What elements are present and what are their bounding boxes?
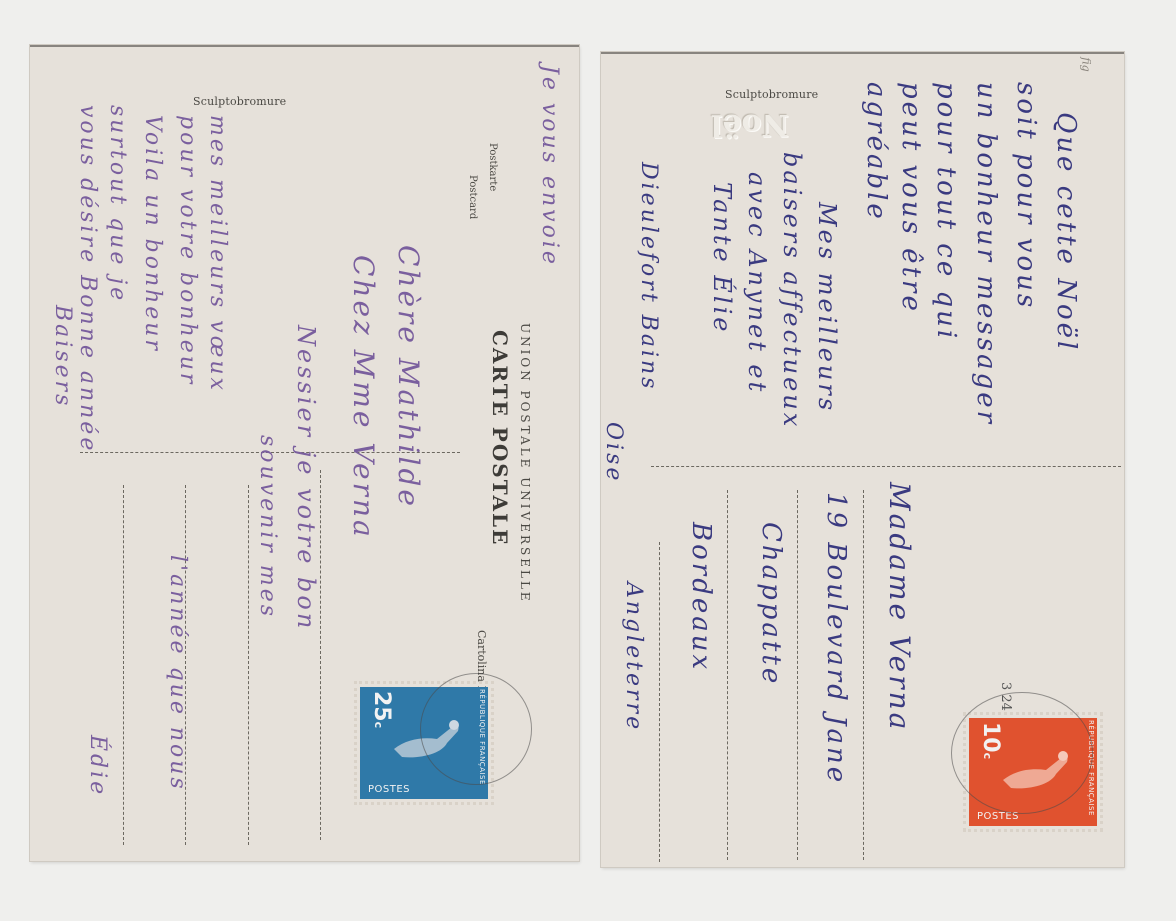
postcard-right: Sculptobromure Noël fig Que cette Noël s… bbox=[601, 52, 1124, 867]
handwriting-line: Tante Élie bbox=[708, 182, 736, 334]
address-line: 19 Boulevard Jane bbox=[821, 492, 851, 785]
signature: Édie bbox=[85, 735, 110, 797]
header-postcard: Postcard bbox=[467, 175, 478, 219]
address-country: Angleterre bbox=[621, 582, 646, 732]
handwriting-line: Que cette Noël bbox=[1051, 112, 1081, 352]
handwriting-line: soit pour vous bbox=[1011, 82, 1041, 310]
postmark-circle bbox=[951, 692, 1093, 814]
pencil-note: fig bbox=[1080, 57, 1093, 71]
union-postale-text: UNION POSTALE UNIVERSELLE bbox=[518, 323, 532, 604]
handwriting-line: Dieulefort Bains bbox=[636, 162, 661, 391]
handwriting-line: pour tout ce qui bbox=[931, 82, 961, 341]
horizontal-divider bbox=[651, 466, 1121, 467]
address-line: souvenir mes bbox=[255, 435, 280, 619]
handwriting-line: baisers affectueux bbox=[778, 152, 806, 429]
address-recipient: Madame Verna bbox=[883, 482, 916, 732]
header-postkarte: Postkarte bbox=[487, 143, 498, 191]
handwriting-line: surtout que je bbox=[105, 105, 130, 303]
carte-postale-title: CARTE POSTALE bbox=[488, 330, 512, 546]
address-line: Bordeaux bbox=[686, 522, 716, 672]
stamp-value: 25c bbox=[369, 691, 394, 728]
printer-mark: Sculptobromure bbox=[193, 95, 286, 108]
embossed-noel: Noël bbox=[711, 107, 789, 142]
handwriting-line: Voila un bonheur bbox=[140, 115, 165, 353]
address-line-4 bbox=[659, 542, 660, 862]
address-recipient: Chère Mathilde bbox=[392, 245, 425, 509]
handwriting-line: pour votre bonheur bbox=[175, 115, 200, 386]
handwriting-line: Mes meilleurs bbox=[813, 202, 841, 413]
address-line: Chez Mme Verna bbox=[347, 255, 380, 540]
address-line: Chappatte bbox=[756, 522, 786, 686]
stamp-label: POSTES bbox=[368, 784, 410, 795]
handwriting-line: Baisers bbox=[50, 305, 75, 408]
postmark-circle bbox=[420, 673, 532, 785]
address-line-1 bbox=[863, 490, 864, 860]
printer-mark: Sculptobromure bbox=[725, 88, 818, 101]
handwriting-line: peut vous être bbox=[896, 82, 926, 314]
address-line-3 bbox=[727, 490, 728, 860]
handwriting-line: vous désire Bonne année bbox=[75, 105, 100, 453]
address-line: Nessier je votre bon bbox=[292, 325, 320, 631]
handwriting-line: agréable bbox=[861, 82, 891, 222]
postcard-left: Sculptobromure Postkarte Postcard UNION … bbox=[30, 45, 579, 861]
handwriting-line: Oise bbox=[601, 422, 626, 483]
address-line-2 bbox=[248, 485, 249, 845]
postmark-date: 3 24 bbox=[998, 682, 1013, 711]
handwriting-line: Je vous envoie bbox=[537, 65, 562, 267]
address-line-2 bbox=[797, 490, 798, 860]
handwriting-line: un bonheur messager bbox=[971, 82, 1001, 426]
address-line: l'année que nous bbox=[165, 555, 190, 792]
handwriting-line: avec Anynet et bbox=[743, 172, 771, 394]
address-line-1 bbox=[320, 470, 321, 840]
handwriting-line: mes meilleurs vœux bbox=[205, 115, 230, 393]
address-line-4 bbox=[123, 485, 124, 845]
